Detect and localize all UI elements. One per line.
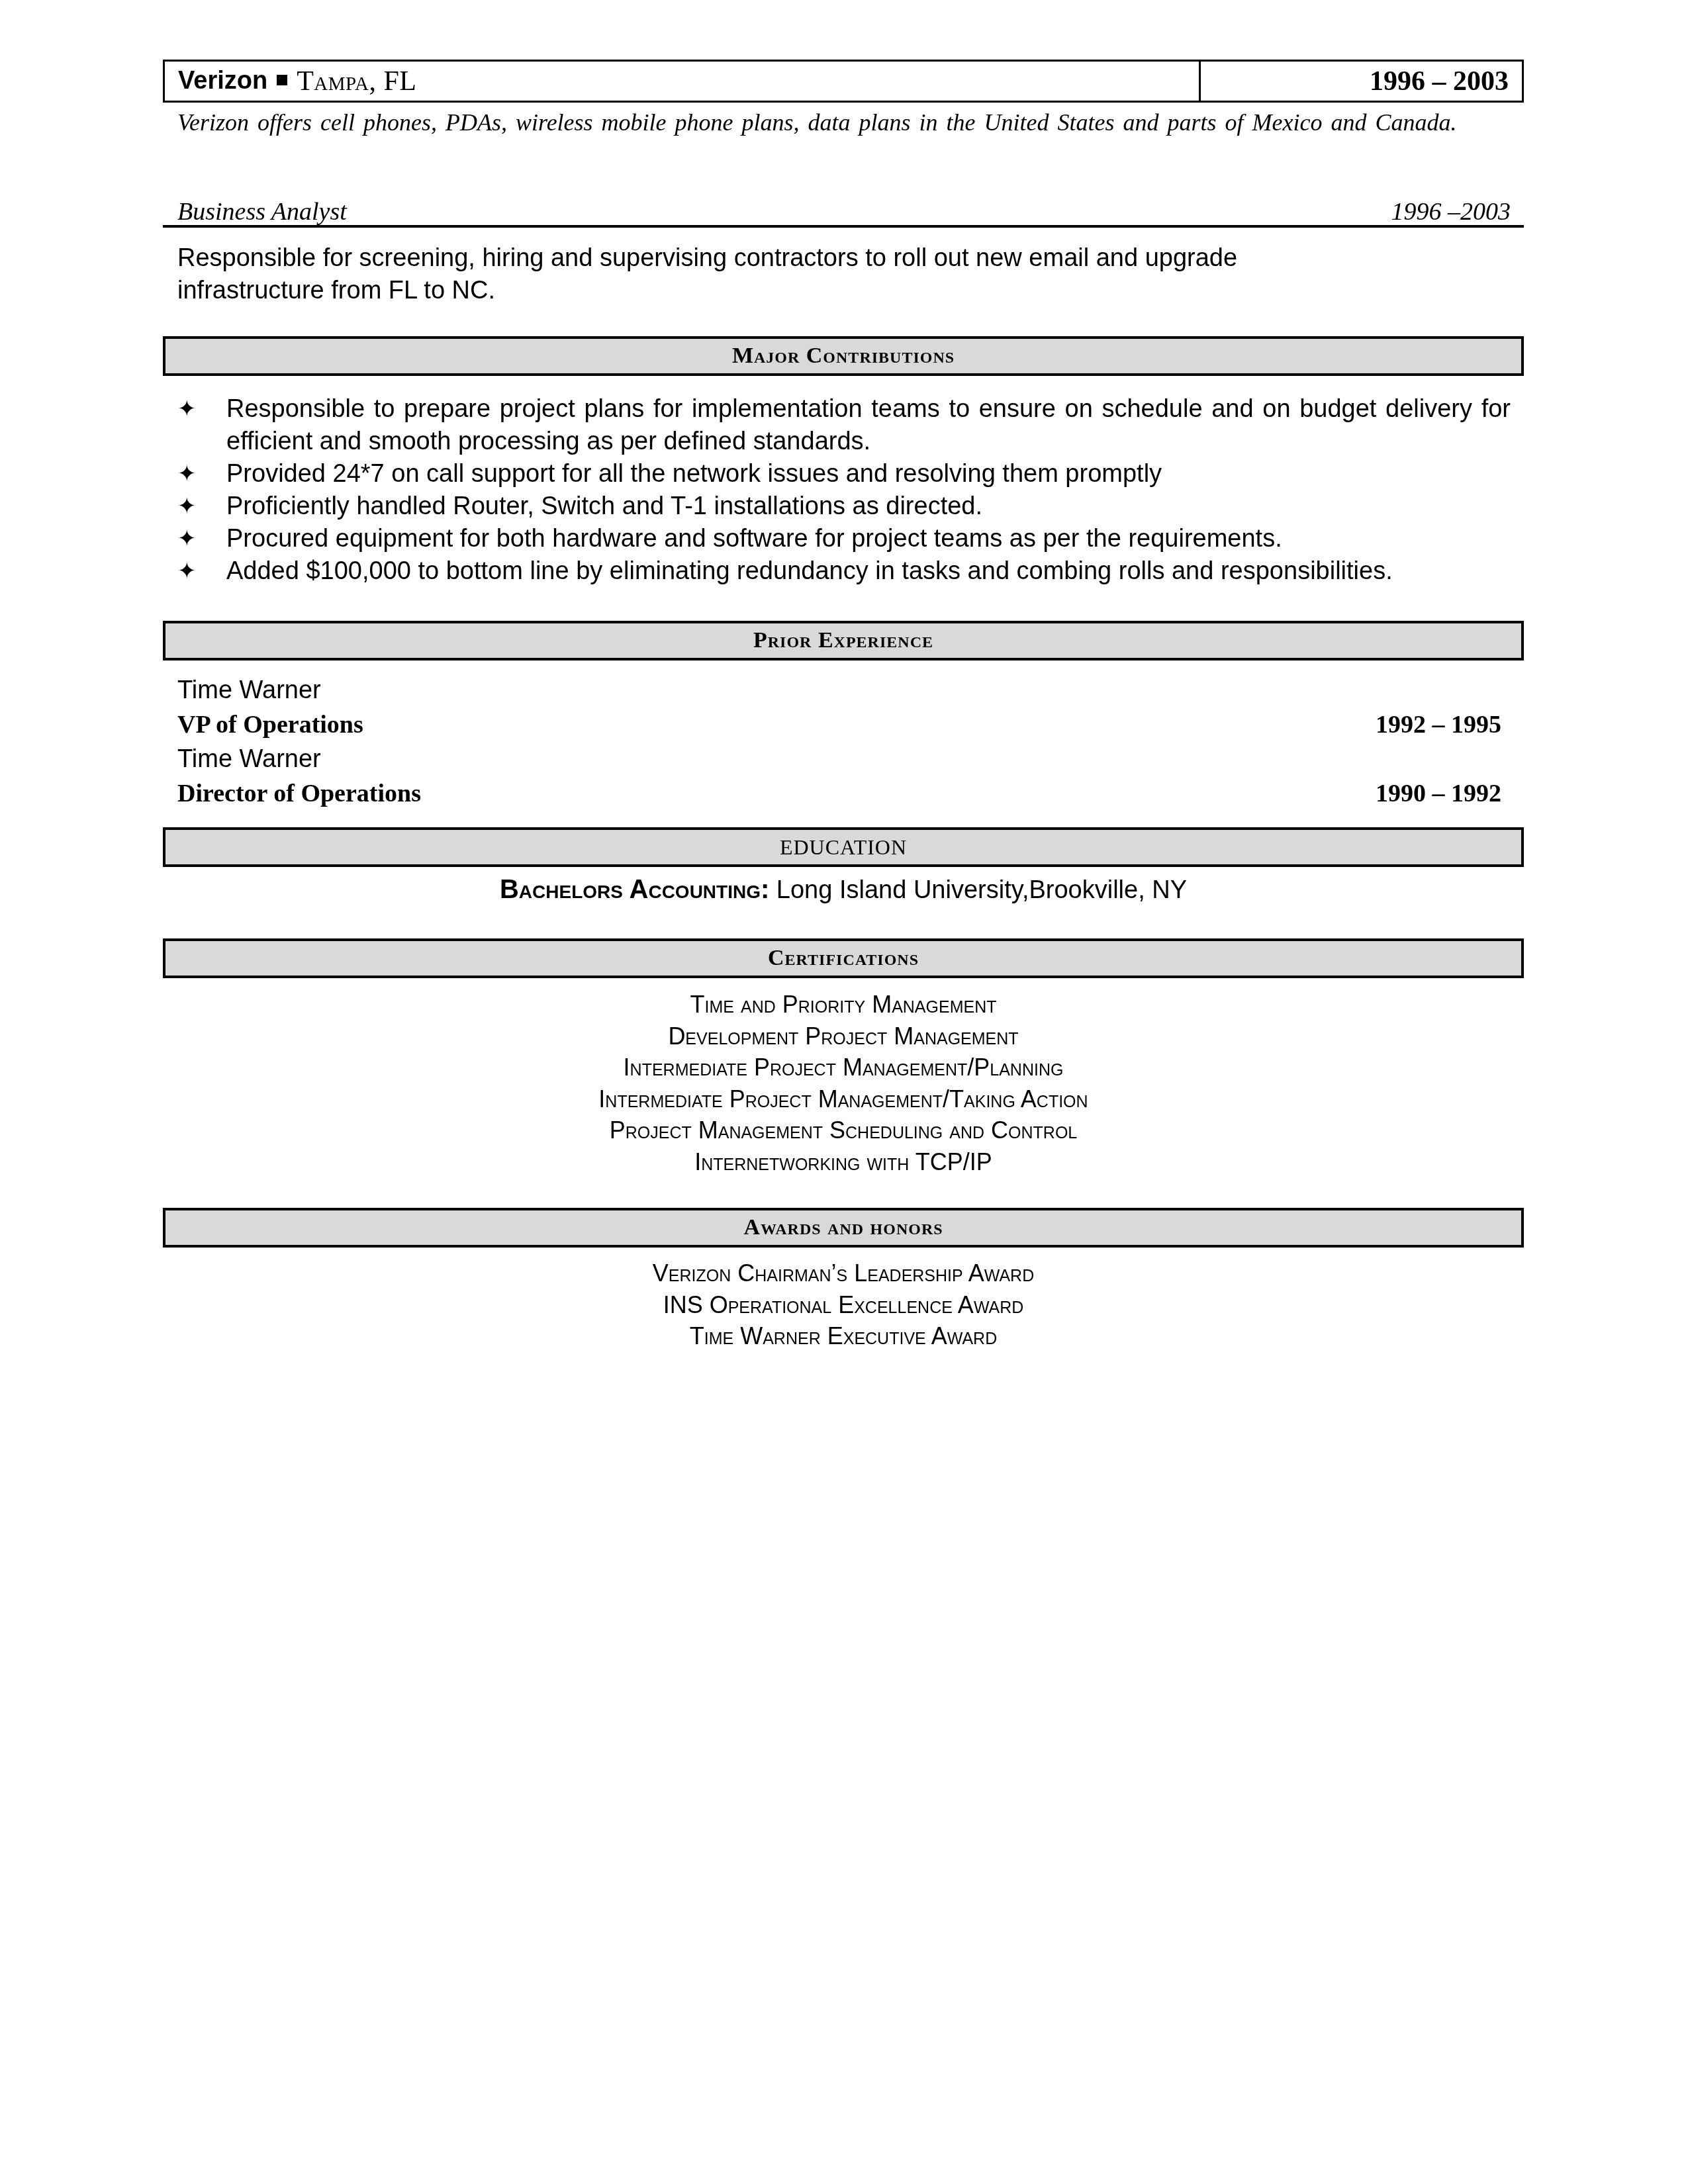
star-bullet-icon: ✦ — [177, 555, 197, 588]
prior-role-row: VP of Operations1992 – 1995 — [177, 707, 1501, 743]
education-entry: Bachelors Accounting: Long Island Univer… — [163, 875, 1524, 905]
certification-item: Development Project Management — [163, 1021, 1524, 1052]
prior-role-title: Director of Operations — [177, 776, 421, 811]
contribution-item: ✦Added $100,000 to bottom line by elimin… — [177, 555, 1511, 588]
prior-company: Time Warner — [177, 743, 1501, 776]
degree: Bachelors Accounting: — [500, 875, 769, 904]
certification-item: Internetworking with TCP/IP — [163, 1146, 1524, 1178]
certification-item: Project Management Scheduling and Contro… — [163, 1115, 1524, 1146]
award-item: INS Operational Excellence Award — [163, 1289, 1524, 1321]
contribution-item: ✦Procured equipment for both hardware an… — [177, 523, 1511, 555]
prior-role-title: VP of Operations — [177, 707, 363, 743]
contribution-item: ✦Responsible to prepare project plans fo… — [177, 393, 1511, 458]
prior-company: Time Warner — [177, 674, 1501, 707]
job-header: Verizon Tampa, FL 1996 – 2003 — [163, 60, 1524, 103]
job-location: Tampa, FL — [297, 66, 416, 97]
section-heading-prior-experience: Prior Experience — [163, 621, 1524, 660]
contribution-text: Procured equipment for both hardware and… — [226, 525, 1282, 553]
role-summary: Responsible for screening, hiring and su… — [177, 242, 1369, 307]
job-header-company-cell: Verizon Tampa, FL — [165, 62, 1201, 101]
role-divider — [163, 225, 1524, 228]
company-description: Verizon offers cell phones, PDAs, wirele… — [177, 105, 1511, 140]
star-bullet-icon: ✦ — [177, 393, 197, 426]
section-heading-education: EDUCATION — [163, 827, 1524, 867]
certifications-list: Time and Priority ManagementDevelopment … — [163, 989, 1524, 1177]
section-heading-major-contributions: Major Contributions — [163, 336, 1524, 376]
certification-item: Intermediate Project Management/Planning — [163, 1052, 1524, 1083]
contribution-text: Provided 24*7 on call support for all th… — [226, 460, 1162, 488]
contributions-list: ✦Responsible to prepare project plans fo… — [177, 393, 1511, 588]
role-row: Business Analyst 1996 –2003 — [177, 192, 1524, 226]
star-bullet-icon: ✦ — [177, 458, 197, 490]
contribution-text: Added $100,000 to bottom line by elimina… — [226, 557, 1393, 585]
contribution-item: ✦Proficiently handled Router, Switch and… — [177, 490, 1511, 523]
prior-role-dates: 1990 – 1992 — [1376, 776, 1501, 811]
contribution-text: Proficiently handled Router, Switch and … — [226, 492, 982, 520]
contribution-text: Responsible to prepare project plans for… — [226, 395, 1511, 455]
award-item: Verizon Chairman’s Leadership Award — [163, 1257, 1524, 1289]
certification-item: Time and Priority Management — [163, 989, 1524, 1021]
star-bullet-icon: ✦ — [177, 523, 197, 555]
contribution-item: ✦Provided 24*7 on call support for all t… — [177, 458, 1511, 490]
prior-role-row: Director of Operations1990 – 1992 — [177, 776, 1501, 811]
star-bullet-icon: ✦ — [177, 490, 197, 523]
section-heading-certifications: Certifications — [163, 938, 1524, 978]
job-dates: 1996 – 2003 — [1201, 62, 1522, 101]
company-name: Verizon — [178, 67, 267, 95]
award-item: Time Warner Executive Award — [163, 1320, 1524, 1352]
square-separator-icon — [277, 75, 287, 85]
certification-item: Intermediate Project Management/Taking A… — [163, 1083, 1524, 1115]
section-heading-awards: Awards and honors — [163, 1208, 1524, 1248]
prior-role-dates: 1992 – 1995 — [1376, 707, 1501, 743]
role-title: Business Analyst — [177, 197, 347, 226]
school: Long Island University,Brookville, NY — [769, 876, 1187, 904]
role-dates: 1996 –2003 — [1391, 197, 1524, 226]
awards-list: Verizon Chairman’s Leadership AwardINS O… — [163, 1257, 1524, 1352]
prior-experience-list: Time WarnerVP of Operations1992 – 1995Ti… — [177, 674, 1501, 811]
